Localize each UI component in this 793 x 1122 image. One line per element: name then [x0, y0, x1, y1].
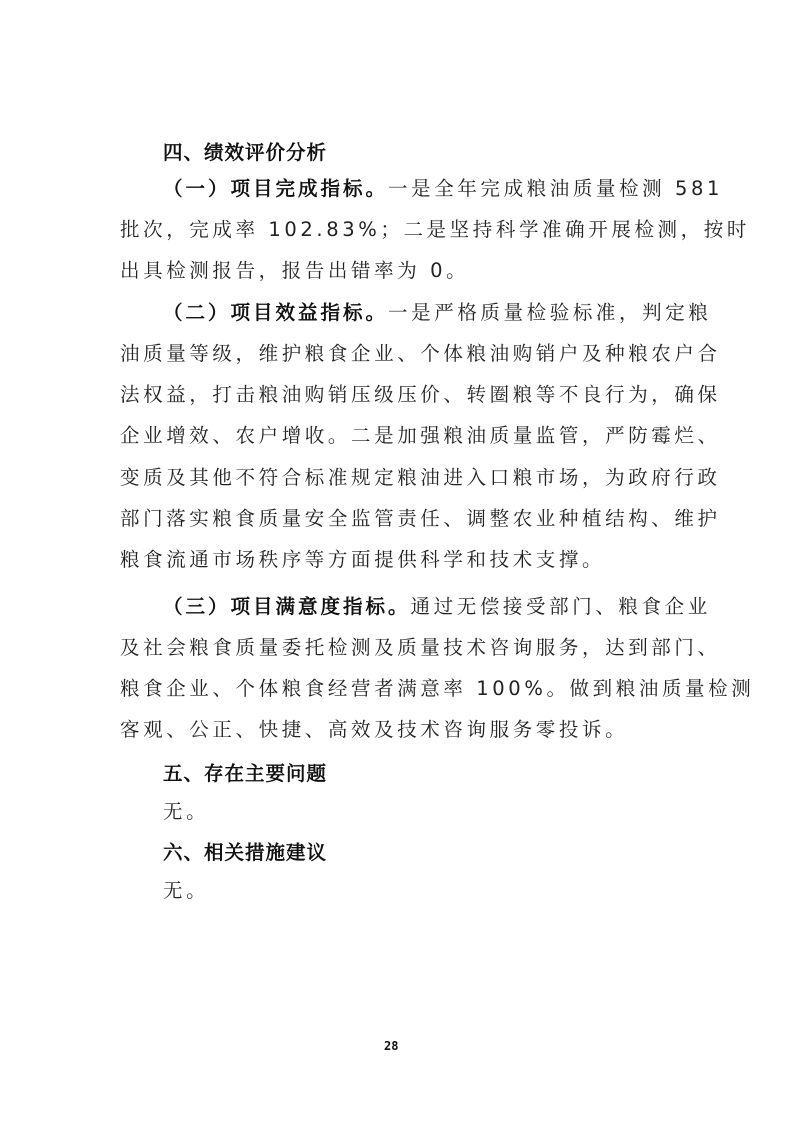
section-heading-4: 四、绩效评价分析 — [163, 141, 327, 165]
paragraph-item2-line4: 企业增效、农户增收。二是加强粮油质量监管，严防霉烂、 — [120, 424, 721, 448]
paragraph-item1-line1: （一）项目完成指标。一是全年完成粮油质量检测 581 — [163, 177, 723, 201]
paragraph-item1-line3: 出具检测报告，报告出错率为 0。 — [120, 259, 469, 283]
section-heading-6: 六、相关措施建议 — [163, 841, 327, 865]
item1-label: （一）项目完成指标。 — [163, 177, 388, 200]
paragraph-item2-line5: 变质及其他不符合标准规定粮油进入口粮市场，为政府行政 — [120, 466, 721, 490]
item3-label: （三）项目满意度指标。 — [163, 595, 411, 618]
document-page: 四、绩效评价分析 （一）项目完成指标。一是全年完成粮油质量检测 581 批次，完… — [0, 0, 793, 1122]
paragraph-item3-line2: 及社会粮食质量委托检测及质量技术咨询服务，达到部门、 — [120, 636, 721, 660]
paragraph-item3-line4: 客观、公正、快捷、高效及技术咨询服务零投诉。 — [120, 718, 628, 742]
item2-label: （二）项目效益指标。 — [163, 301, 388, 324]
paragraph-item2-line2: 油质量等级，维护粮食企业、个体粮油购销户及种粮农户合 — [120, 342, 721, 366]
section-heading-5: 五、存在主要问题 — [163, 762, 327, 786]
paragraph-item2-line6: 部门落实粮食质量安全监管责任、调整农业种植结构、维护 — [120, 507, 721, 531]
paragraph-item3-line3: 粮食企业、个体粮食经营者满意率 100%。做到粮油质量检测 — [120, 677, 754, 701]
section-5-body: 无。 — [163, 800, 209, 824]
page-number: 28 — [384, 1039, 398, 1053]
paragraph-item2-line3: 法权益，打击粮油购销压级压价、转圈粮等不良行为，确保 — [120, 383, 721, 407]
section-6-body: 无。 — [163, 879, 209, 903]
paragraph-item1-line2: 批次，完成率 102.83%；二是坚持科学准确开展检测，按时 — [120, 218, 750, 242]
paragraph-item2-line7: 粮食流通市场秩序等方面提供科学和技术支撑。 — [120, 548, 605, 572]
paragraph-item3-line1: （三）项目满意度指标。通过无偿接受部门、粮食企业 — [163, 595, 711, 619]
paragraph-item2-line1: （二）项目效益指标。一是严格质量检验标准，判定粮 — [163, 301, 711, 325]
